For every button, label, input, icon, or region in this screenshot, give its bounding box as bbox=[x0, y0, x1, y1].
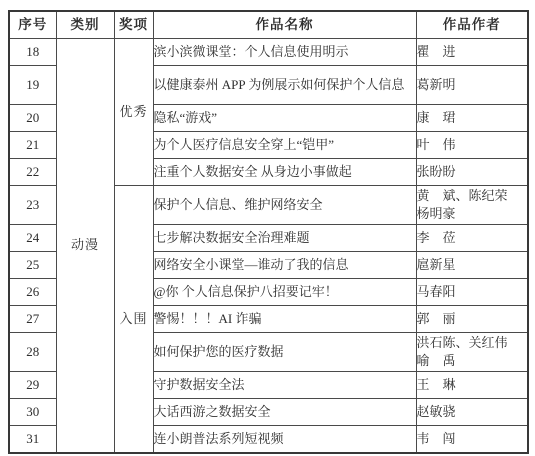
work-author: 瞿 进 bbox=[416, 39, 528, 66]
work-title: 隐私“游戏” bbox=[153, 105, 416, 132]
work-title: 注重个人数据安全 从身边小事做起 bbox=[153, 159, 416, 186]
row-number: 27 bbox=[9, 306, 56, 333]
work-title: 以健康泰州 APP 为例展示如何保护个人信息 bbox=[153, 66, 416, 105]
table-row: 18 动漫 优秀 滨小滨微课堂：个人信息使用明示 瞿 进 bbox=[9, 39, 528, 66]
row-number: 31 bbox=[9, 426, 56, 453]
work-author: 康 珺 bbox=[416, 105, 528, 132]
row-number: 18 bbox=[9, 39, 56, 66]
work-title: @你 个人信息保护八招要记牢！ bbox=[153, 279, 416, 306]
work-title: 大话西游之数据安全 bbox=[153, 399, 416, 426]
work-author: 洪石陈、关红伟 喻 禹 bbox=[416, 333, 528, 372]
award-cell-excellent: 优秀 bbox=[114, 39, 153, 186]
row-number: 26 bbox=[9, 279, 56, 306]
work-author: 葛新明 bbox=[416, 66, 528, 105]
work-title: 为个人医疗信息安全穿上“铠甲” bbox=[153, 132, 416, 159]
work-author: 黄 斌、陈纪荣 杨明豪 bbox=[416, 186, 528, 225]
col-header-title: 作品名称 bbox=[153, 11, 416, 39]
work-author: 王 琳 bbox=[416, 372, 528, 399]
work-title: 如何保护您的医疗数据 bbox=[153, 333, 416, 372]
award-results-table: 序号 类别 奖项 作品名称 作品作者 18 动漫 优秀 滨小滨微课堂：个人信息使… bbox=[8, 10, 529, 454]
work-title: 七步解决数据安全治理难题 bbox=[153, 225, 416, 252]
row-number: 20 bbox=[9, 105, 56, 132]
header-row: 序号 类别 奖项 作品名称 作品作者 bbox=[9, 11, 528, 39]
row-number: 24 bbox=[9, 225, 56, 252]
work-author: 韦 闯 bbox=[416, 426, 528, 453]
row-number: 22 bbox=[9, 159, 56, 186]
col-header-award: 奖项 bbox=[114, 11, 153, 39]
work-author: 马春阳 bbox=[416, 279, 528, 306]
work-title: 保护个人信息、维护网络安全 bbox=[153, 186, 416, 225]
work-author: 张盼盼 bbox=[416, 159, 528, 186]
work-title: 守护数据安全法 bbox=[153, 372, 416, 399]
award-cell-shortlist: 入围 bbox=[114, 186, 153, 453]
category-cell: 动漫 bbox=[56, 39, 114, 453]
row-number: 21 bbox=[9, 132, 56, 159]
work-author: 李 莅 bbox=[416, 225, 528, 252]
row-number: 19 bbox=[9, 66, 56, 105]
col-header-number: 序号 bbox=[9, 11, 56, 39]
row-number: 30 bbox=[9, 399, 56, 426]
work-title: 连小朗普法系列短视频 bbox=[153, 426, 416, 453]
work-author: 扈新星 bbox=[416, 252, 528, 279]
work-title: 滨小滨微课堂：个人信息使用明示 bbox=[153, 39, 416, 66]
work-author: 叶 伟 bbox=[416, 132, 528, 159]
work-title: 网络安全小课堂—谁动了我的信息 bbox=[153, 252, 416, 279]
work-author: 赵敏骁 bbox=[416, 399, 528, 426]
row-number: 23 bbox=[9, 186, 56, 225]
work-title: 警惕！！！AI 诈骗 bbox=[153, 306, 416, 333]
row-number: 29 bbox=[9, 372, 56, 399]
row-number: 25 bbox=[9, 252, 56, 279]
row-number: 28 bbox=[9, 333, 56, 372]
work-author: 郭 丽 bbox=[416, 306, 528, 333]
col-header-author: 作品作者 bbox=[416, 11, 528, 39]
col-header-category: 类别 bbox=[56, 11, 114, 39]
document-page: 序号 类别 奖项 作品名称 作品作者 18 动漫 优秀 滨小滨微课堂：个人信息使… bbox=[0, 0, 535, 456]
